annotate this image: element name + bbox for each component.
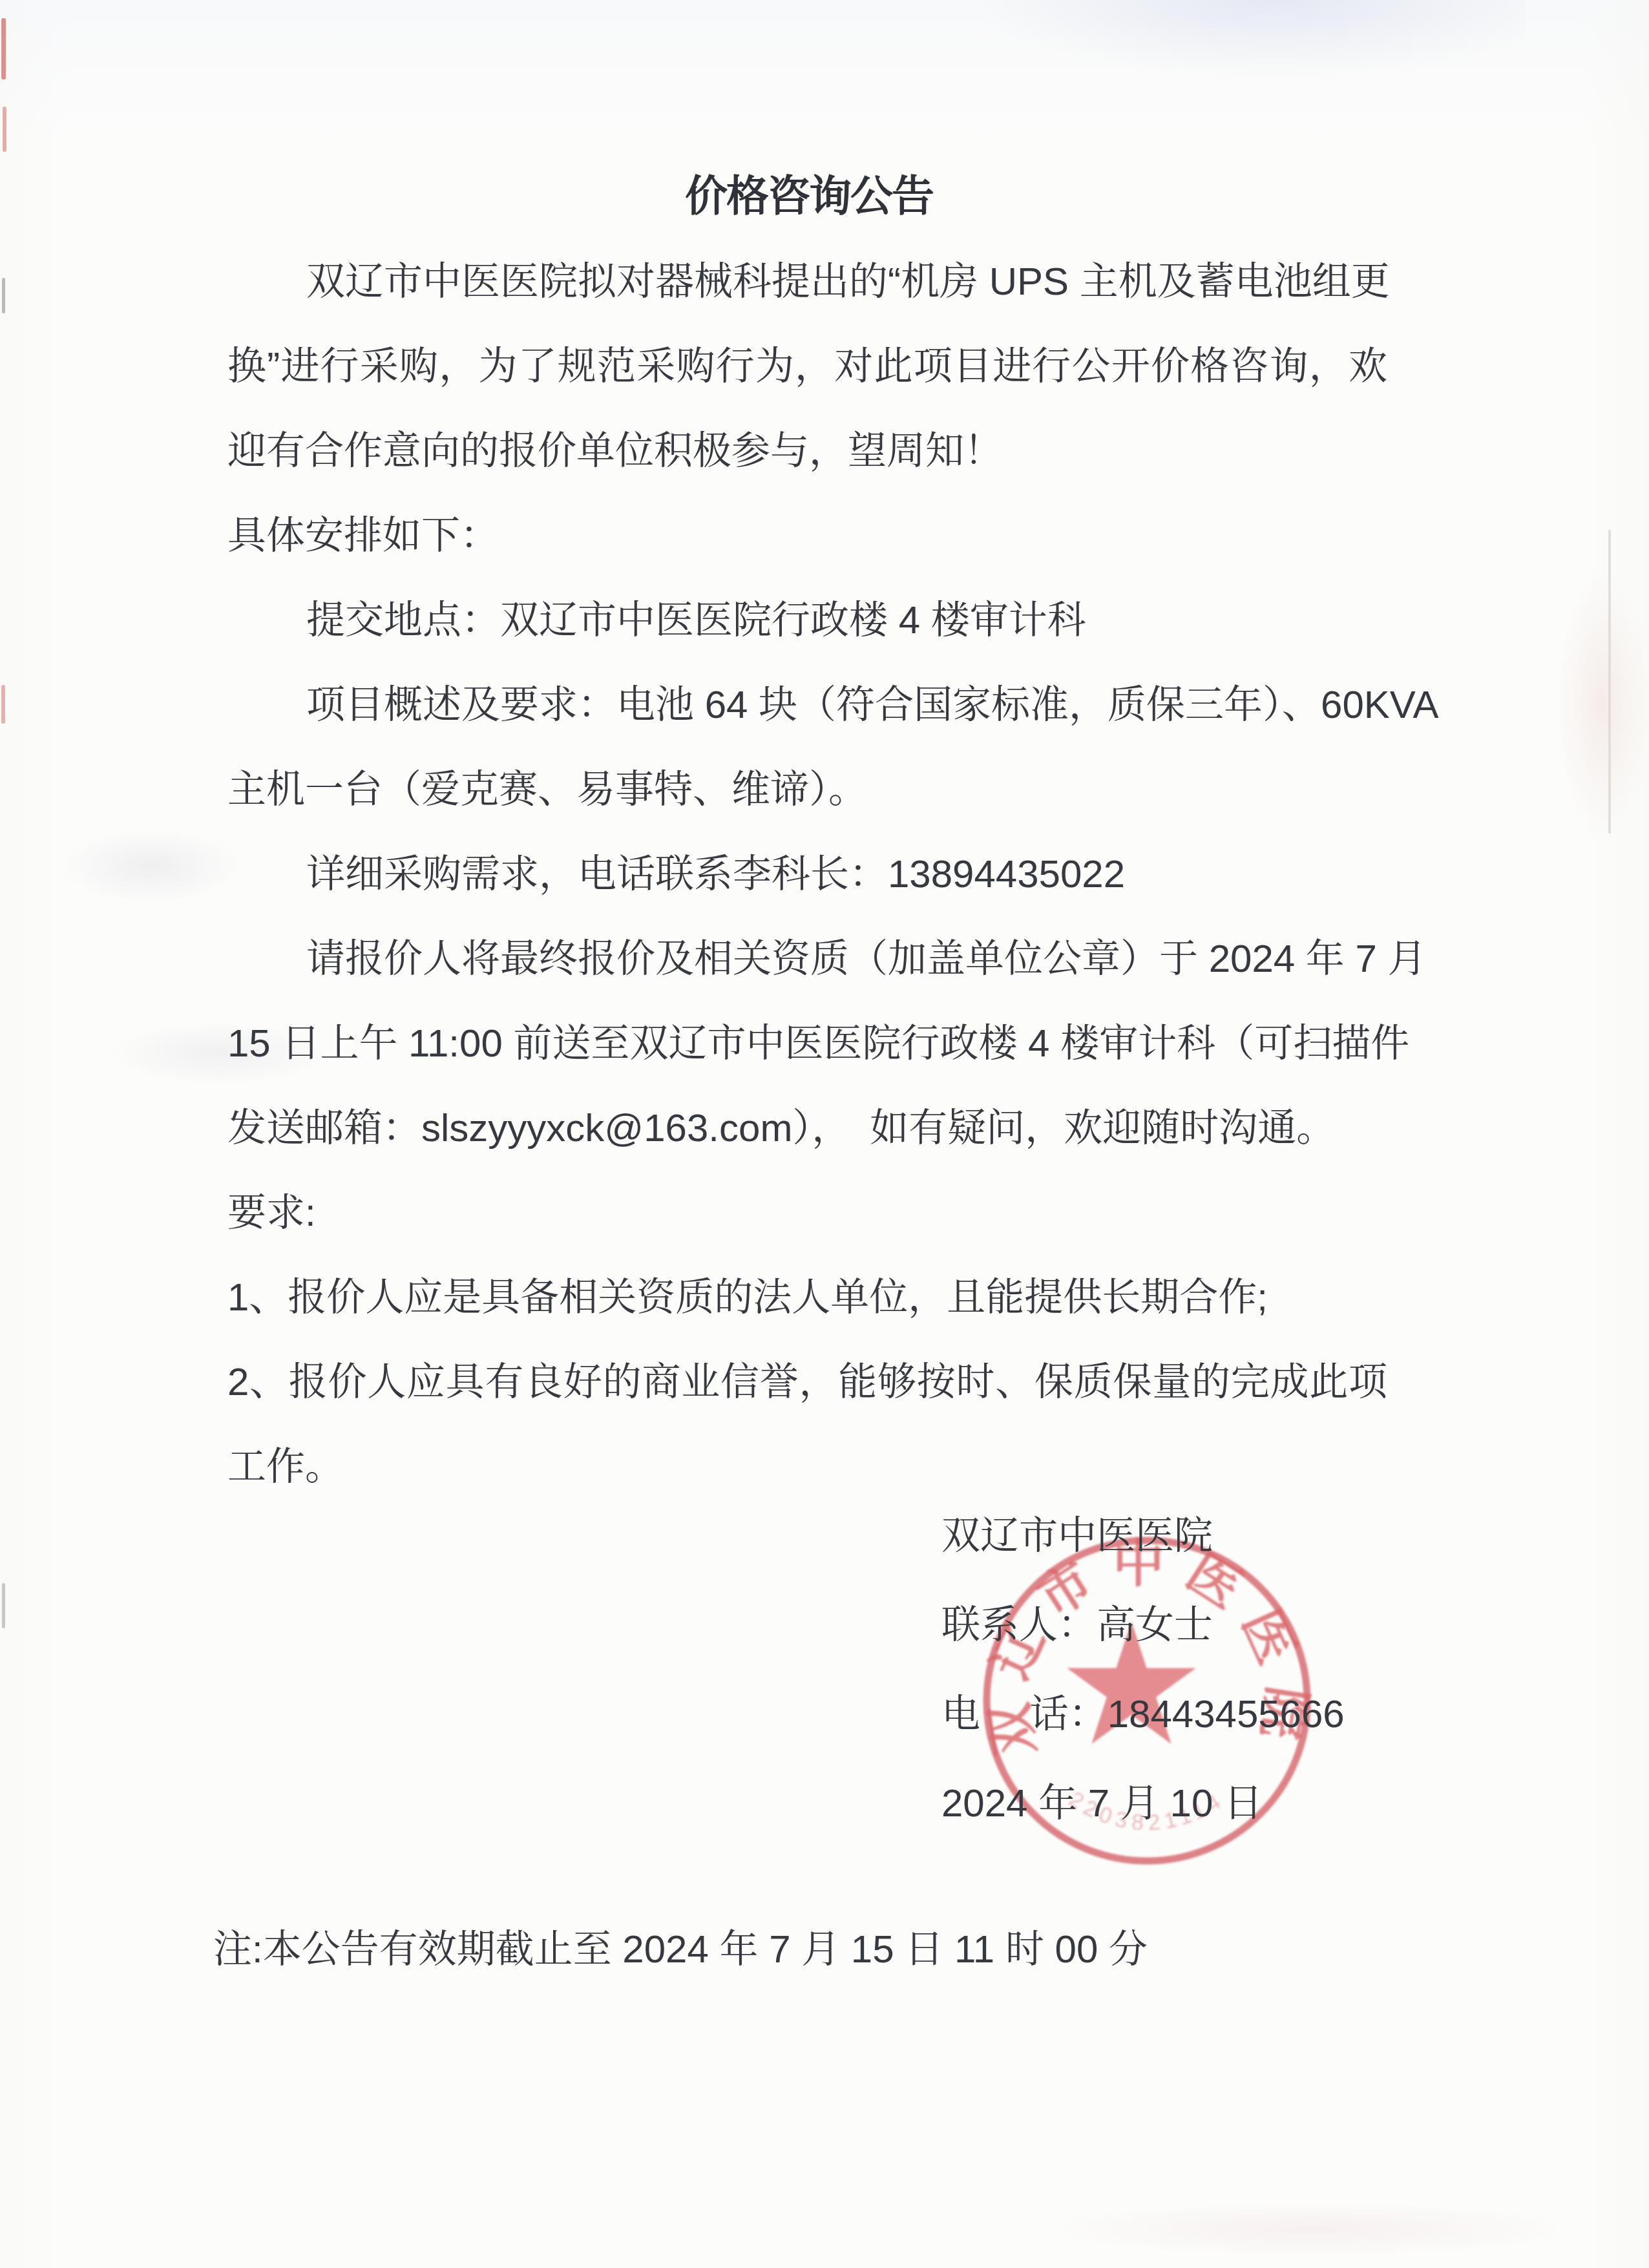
scanned-document-page: 价格咨询公告 双辽市中医医院拟对器械科提出的“机房 UPS 主机及蓄电池组更 换… [0, 0, 1649, 2268]
page-title: 价格咨询公告 [0, 162, 1618, 223]
signature-contact: 联系人：高女士 [941, 1580, 1345, 1670]
doc-line: 迎有合作意向的报价单位积极参与，望周知！ [227, 408, 1387, 493]
scan-edge-mark [1, 685, 5, 724]
doc-line: 换”进行采购，为了规范采购行为，对此项目进行公开价格咨询，欢 [227, 324, 1387, 408]
scan-line-right [1608, 530, 1611, 834]
signature-block: 双辽市中医医院 联系人：高女士 电 话：18443455666 2024 年 7… [941, 1491, 1345, 1848]
doc-line: 2、报价人应具有良好的商业信誉，能够按时、保质保量的完成此项 [227, 1339, 1387, 1424]
scan-edge-mark [3, 107, 6, 152]
doc-line: 项目概述及要求：电池 64 块（符合国家标准，质保三年）、60KVA [227, 662, 1387, 747]
scan-edge-mark [2, 278, 5, 313]
scan-smudge-right [1556, 569, 1649, 840]
scan-edge-mark [1, 18, 6, 79]
doc-line: 1、报价人应是具备相关资质的法人单位，且能提供长期合作; [227, 1255, 1387, 1339]
doc-line: 具体安排如下： [227, 493, 1387, 578]
scan-edge-mark [2, 1583, 5, 1628]
doc-line: 15 日上午 11:00 前送至双辽市中医医院行政楼 4 楼审计科（可扫描件 [227, 1001, 1387, 1086]
doc-line: 发送邮箱：slszyyyxck@163.com）， 如有疑问，欢迎随时沟通。 [227, 1086, 1387, 1170]
doc-line: 提交地点：双辽市中医医院行政楼 4 楼审计科 [227, 578, 1387, 662]
doc-line: 主机一台（爱克赛、易事特、维谛）。 [227, 747, 1387, 832]
doc-line: 双辽市中医医院拟对器械科提出的“机房 UPS 主机及蓄电池组更 [227, 239, 1387, 324]
signature-phone: 电 话：18443455666 [941, 1670, 1345, 1759]
signature-org: 双辽市中医医院 [941, 1491, 1345, 1580]
document-body: 双辽市中医医院拟对器械科提出的“机房 UPS 主机及蓄电池组更 换”进行采购，为… [227, 239, 1387, 1509]
scan-smudge-bottom [1066, 2203, 1557, 2255]
validity-note: 注:本公告有效期截止至 2024 年 7 月 15 日 11 时 00 分 [213, 1927, 1148, 1972]
scan-smudge-top-right [969, 0, 1525, 78]
doc-line: 要求: [227, 1170, 1387, 1255]
doc-line: 详细采购需求，电话联系李科长：13894435022 [227, 832, 1387, 916]
signature-date: 2024 年 7 月 10 日 [941, 1759, 1345, 1848]
doc-line: 请报价人将最终报价及相关资质（加盖单位公章）于 2024 年 7 月 [227, 916, 1387, 1001]
scan-smudge-left [61, 827, 242, 905]
